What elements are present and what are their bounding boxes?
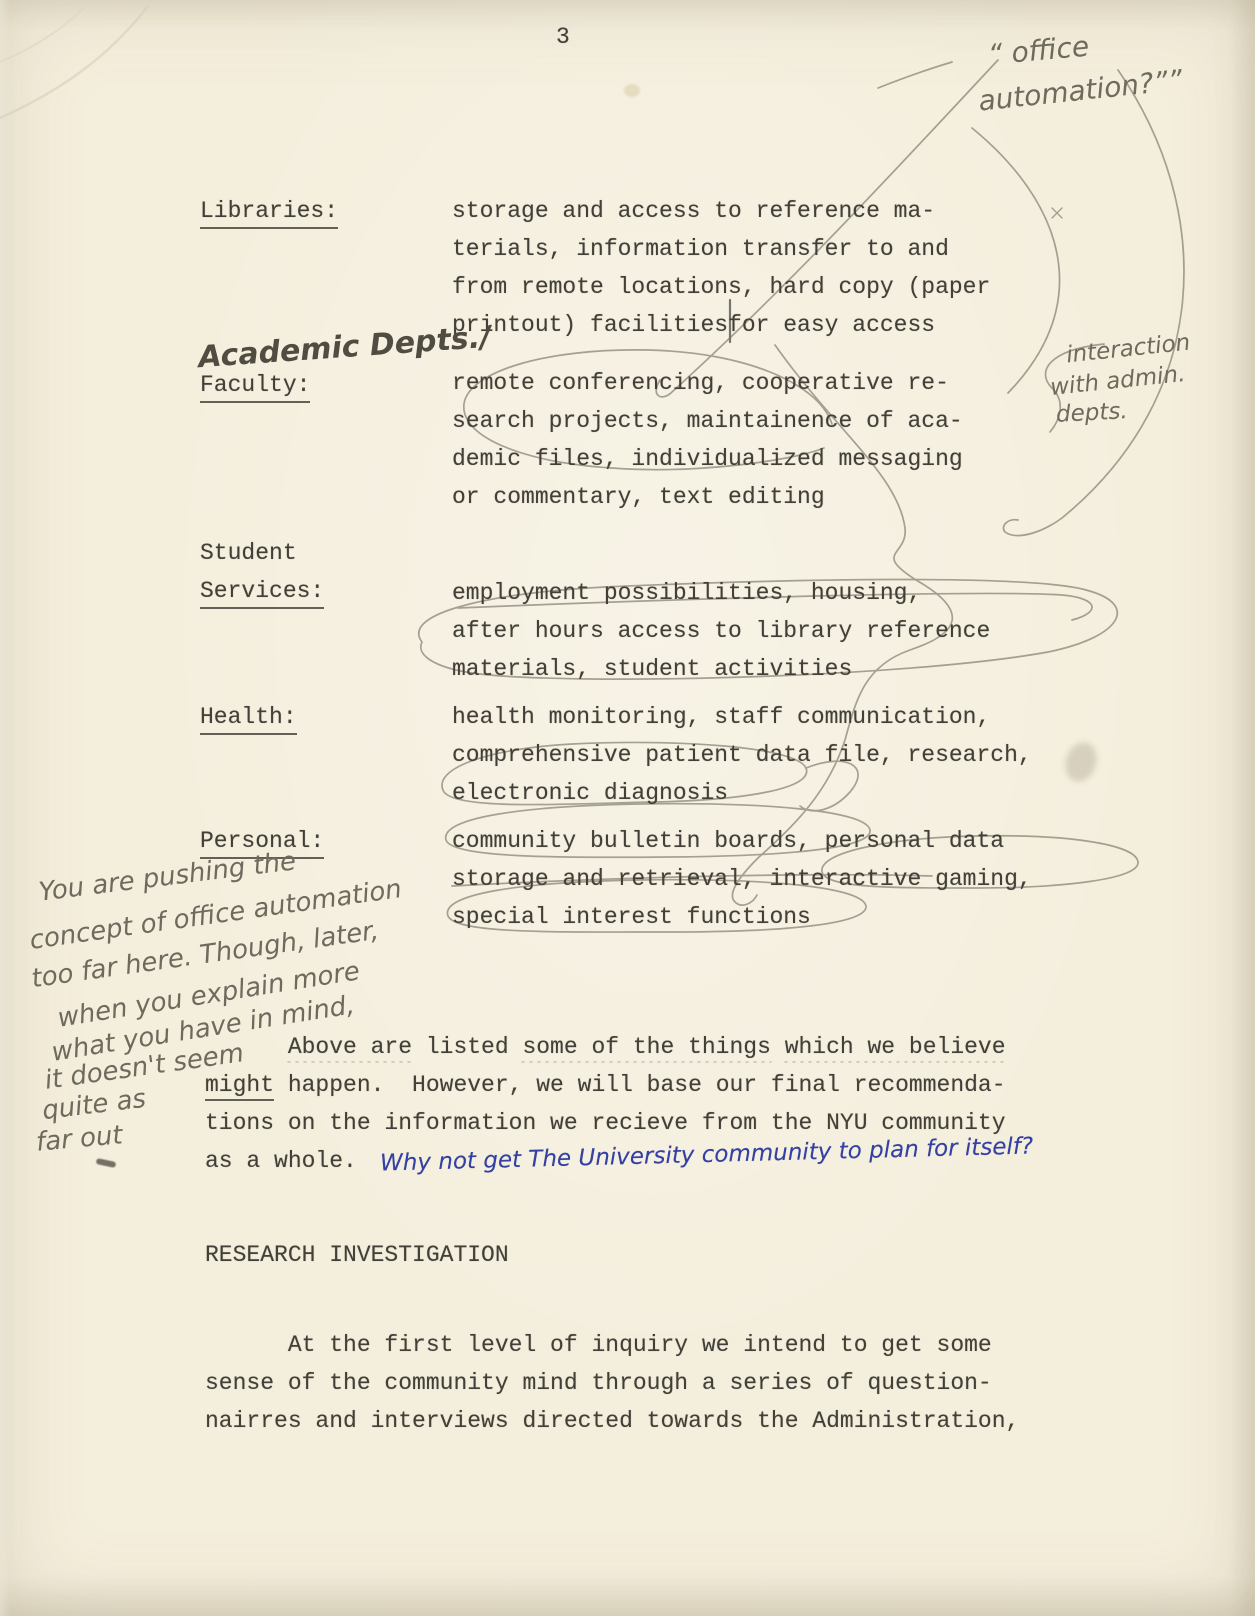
section-line: search projects, maintainence of aca- (452, 406, 963, 436)
section-line: electronic diagnosis (452, 778, 728, 808)
page-number: 3 (556, 22, 570, 52)
section-line: employment possibilities, housing, (452, 578, 921, 608)
body-paragraph-line: Above are listed some of the things whic… (205, 1032, 1006, 1062)
pencil-paren-inner (972, 128, 1060, 393)
section-heading-research-investigation: RESEARCH INVESTIGATION (205, 1240, 509, 1270)
pencil-margin-note-line: far out (35, 1120, 124, 1157)
section-label-health: Health: (200, 702, 297, 735)
paragraph-text: happen. However, we will base our final … (274, 1072, 1006, 1098)
section-line: terials, information transfer to and (452, 234, 949, 264)
section-line: materials, student activities (452, 654, 852, 684)
body-paragraph-line: as a whole. (205, 1146, 357, 1176)
section-line: storage and retrieval, interactive gamin… (452, 864, 1032, 894)
body-paragraph-line: nairres and interviews directed towards … (205, 1406, 1019, 1436)
pencil-x-mark (1052, 208, 1062, 218)
paper-crease (0, 6, 148, 118)
body-paragraph-line: tions on the information we recieve from… (205, 1108, 1006, 1138)
blue-ink-note: Why not get The University community to … (380, 1133, 1034, 1176)
pencil-note-academic-depts: Academic Depts./ (197, 320, 492, 375)
pencil-note-interaction-line3: depts. (1055, 398, 1128, 428)
section-line: special interest functions (452, 902, 811, 932)
section-label-libraries: Libraries: (200, 196, 338, 229)
paper-stain (624, 84, 640, 97)
underlined-word-might: might (205, 1072, 274, 1101)
section-line: storage and access to reference ma- (452, 196, 935, 226)
section-line: after hours access to library reference (452, 616, 990, 646)
section-line: health monitoring, staff communication, (452, 702, 990, 732)
body-paragraph-line: At the first level of inquiry we intend … (205, 1330, 992, 1360)
section-line: demic files, individualized messaging (452, 444, 963, 474)
paper-smudge (1061, 738, 1102, 785)
paper-crease (0, 0, 92, 62)
pencil-leader-stroke (878, 62, 952, 88)
section-line: remote conferencing, cooperative re- (452, 368, 949, 398)
section-line: comprehensive patient data file, researc… (452, 740, 1032, 770)
section-line: or commentary, text editing (452, 482, 825, 512)
pencil-paren-outer (1003, 70, 1183, 536)
body-paragraph-line: sense of the community mind through a se… (205, 1368, 992, 1398)
pencil-note-office-automation-line1: “ office (987, 30, 1091, 72)
section-label-student: Student (200, 538, 297, 568)
section-line: community bulletin boards, personal data (452, 826, 1004, 856)
body-paragraph-line: might happen. However, we will base our … (205, 1070, 1006, 1100)
pencil-dash-mark (96, 1158, 117, 1168)
section-line: from remote locations, hard copy (paper (452, 272, 990, 302)
document-page: 3 “ office automation?”” Libraries: stor… (0, 0, 1255, 1616)
section-label-services: Services: (200, 576, 324, 609)
section-line: printout) facilitiesfor easy access (452, 310, 935, 340)
pencil-note-office-automation-line2: automation?”” (977, 63, 1184, 117)
pencil-diagonal-stroke (656, 60, 998, 397)
section-label-faculty: Faculty: (200, 370, 310, 403)
